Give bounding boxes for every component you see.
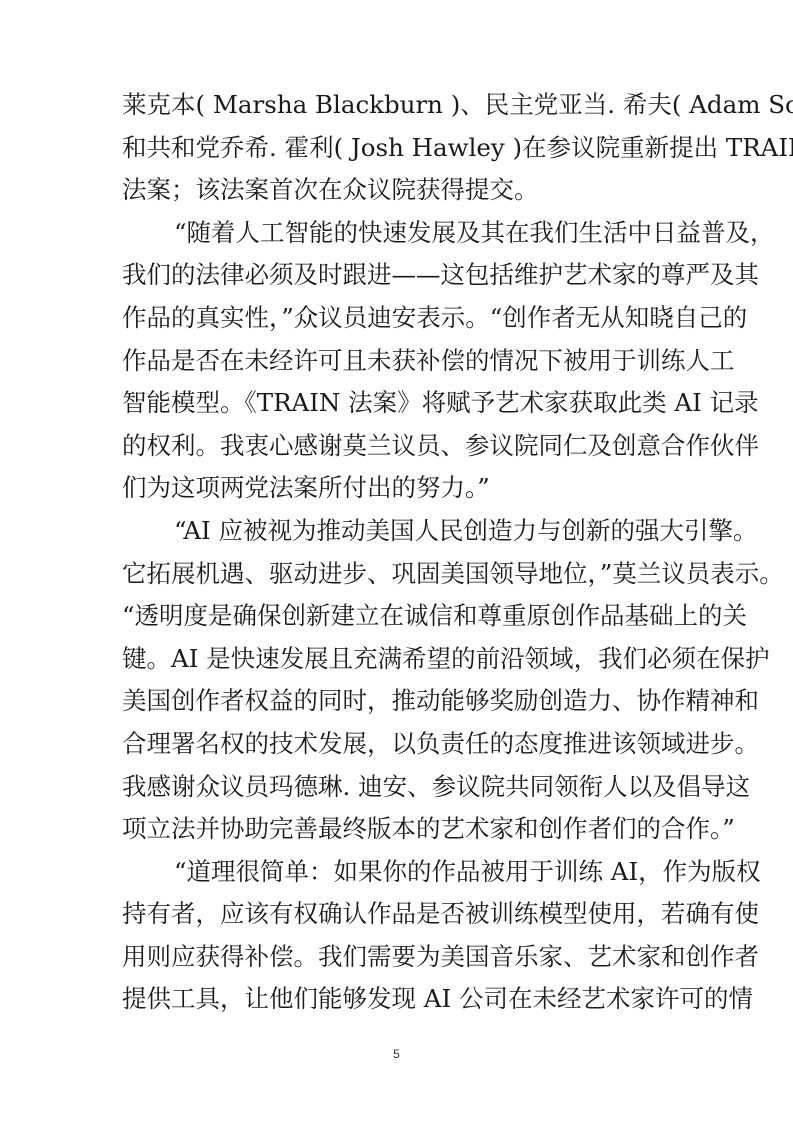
text-line: 键。AI 是快速发展且充满希望的前沿领域，我们必须在保护 bbox=[122, 638, 678, 681]
page-number: 5 bbox=[0, 1047, 793, 1061]
text-line: 莱克本( Marsha Blackburn )、民主党亚当. 希夫( Adam … bbox=[122, 84, 678, 127]
text-line: 我感谢众议员玛德琳. 迪安、参议院共同领衔人以及倡导这 bbox=[122, 766, 678, 809]
text-line: 智能模型。《TRAIN 法案》将赋予艺术家获取此类 AI 记录 bbox=[122, 382, 678, 425]
text-line: 提供工具，让他们能够发现 AI 公司在未经艺术家许可的情 bbox=[122, 978, 678, 1021]
text-line: 们为这项两党法案所付出的努力。” bbox=[122, 467, 678, 510]
paragraph-start-line: “AI 应被视为推动美国人民创造力与创新的强大引擎。 bbox=[122, 510, 678, 553]
text-line: 美国创作者权益的同时，推动能够奖励创造力、协作精神和 bbox=[122, 680, 678, 723]
text-line: 它拓展机遇、驱动进步、巩固美国领导地位，”莫兰议员表示。 bbox=[122, 553, 678, 596]
text-line: “透明度是确保创新建立在诚信和尊重原创作品基础上的关 bbox=[122, 595, 678, 638]
text-line: 法案；该法案首次在众议院获得提交。 bbox=[122, 169, 678, 212]
text-line: 项立法并协助完善最终版本的艺术家和创作者们的合作。” bbox=[122, 808, 678, 851]
text-line: 作品的真实性，”众议员迪安表示。“创作者无从知晓自己的 bbox=[122, 297, 678, 340]
text-line: 持有者，应该有权确认作品是否被训练模型使用，若确有使 bbox=[122, 893, 678, 936]
paragraph-start-line: “道理很简单：如果你的作品被用于训练 AI，作为版权 bbox=[122, 851, 678, 894]
paragraph-start-line: “随着人工智能的快速发展及其在我们生活中日益普及， bbox=[122, 212, 678, 255]
document-page: 莱克本( Marsha Blackburn )、民主党亚当. 希夫( Adam … bbox=[0, 0, 793, 1122]
text-line: 我们的法律必须及时跟进——这包括维护艺术家的尊严及其 bbox=[122, 254, 678, 297]
body-text: 莱克本( Marsha Blackburn )、民主党亚当. 希夫( Adam … bbox=[122, 84, 678, 1021]
text-line: 和共和党乔希. 霍利( Josh Hawley )在参议院重新提出 TRAIN bbox=[122, 127, 678, 170]
text-line: 的权利。我衷心感谢莫兰议员、参议院同仁及创意合作伙伴 bbox=[122, 425, 678, 468]
text-line: 作品是否在未经许可且未获补偿的情况下被用于训练人工 bbox=[122, 340, 678, 383]
text-line: 合理署名权的技术发展，以负责任的态度推进该领域进步。 bbox=[122, 723, 678, 766]
text-line: 用则应获得补偿。我们需要为美国音乐家、艺术家和创作者 bbox=[122, 936, 678, 979]
